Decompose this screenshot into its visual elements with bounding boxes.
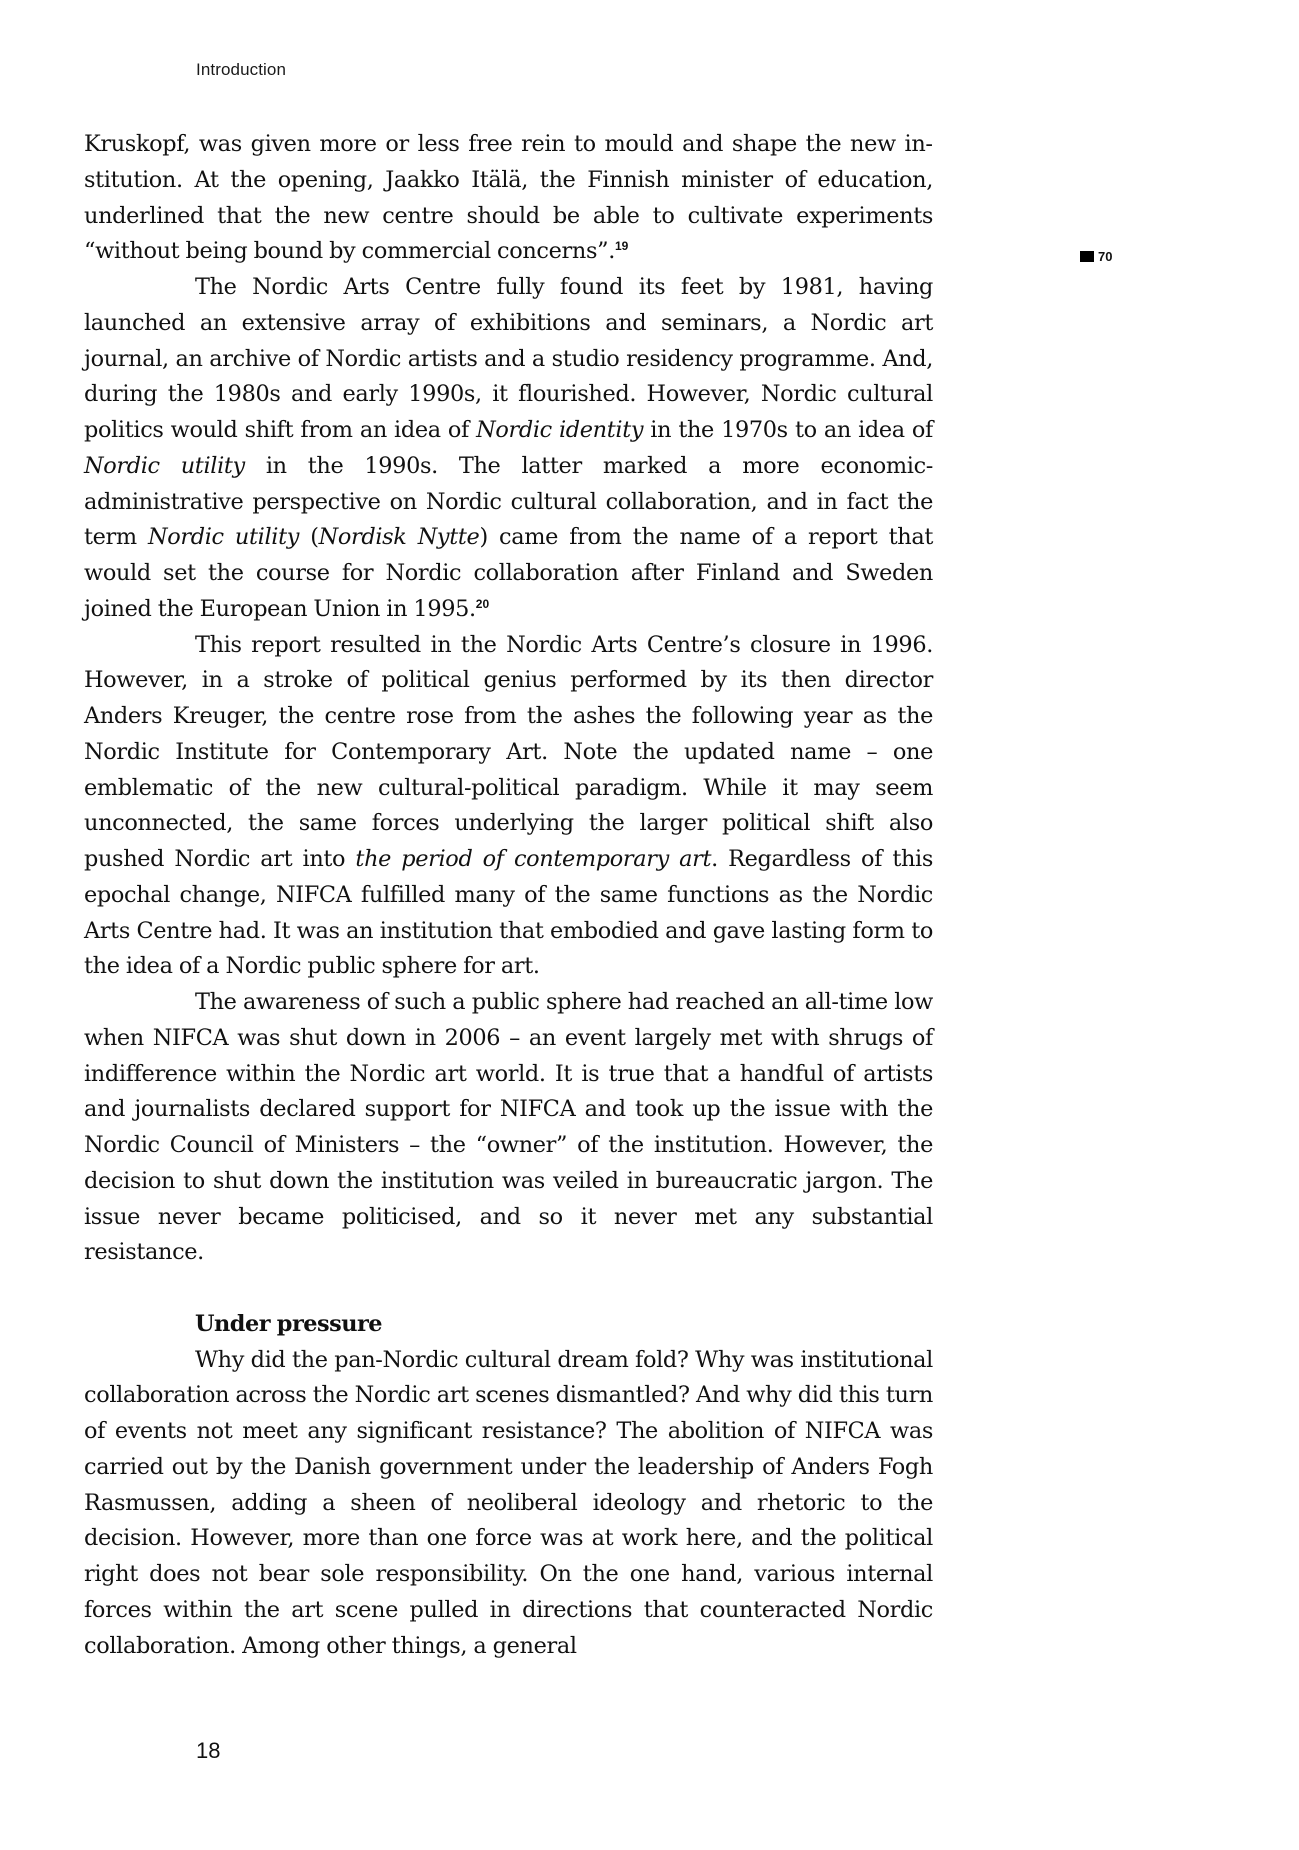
italic-term: Nordic utility (84, 453, 245, 479)
italic-term: Nordisk Nytte (319, 524, 480, 550)
body-text: Kruskopf, was given more or less free re… (84, 127, 933, 1664)
section-heading: Under pressure (84, 1307, 933, 1343)
square-marker-icon (1080, 251, 1094, 262)
footnote-ref: 20 (476, 597, 489, 611)
italic-term: Nordic utility (148, 524, 299, 550)
footnote-ref: 19 (615, 239, 628, 253)
italic-term: the period of contemporary art (355, 846, 711, 872)
page-number: 18 (196, 1738, 220, 1764)
paragraph-4: The awareness of such a public sphere ha… (84, 985, 933, 1271)
paragraph-1: Kruskopf, was given more or less free re… (84, 127, 933, 270)
italic-term: Nordic identity (476, 417, 643, 443)
running-head: Introduction (196, 60, 286, 80)
paragraph-3: This report resulted in the Nordic Arts … (84, 628, 933, 986)
paragraph-2: The Nordic Arts Centre fully found its f… (84, 270, 933, 628)
margin-cross-reference: 70 (1080, 249, 1112, 264)
margin-note-number: 70 (1098, 249, 1112, 264)
section-paragraph: Why did the pan-Nordic cultural dream fo… (84, 1343, 933, 1665)
